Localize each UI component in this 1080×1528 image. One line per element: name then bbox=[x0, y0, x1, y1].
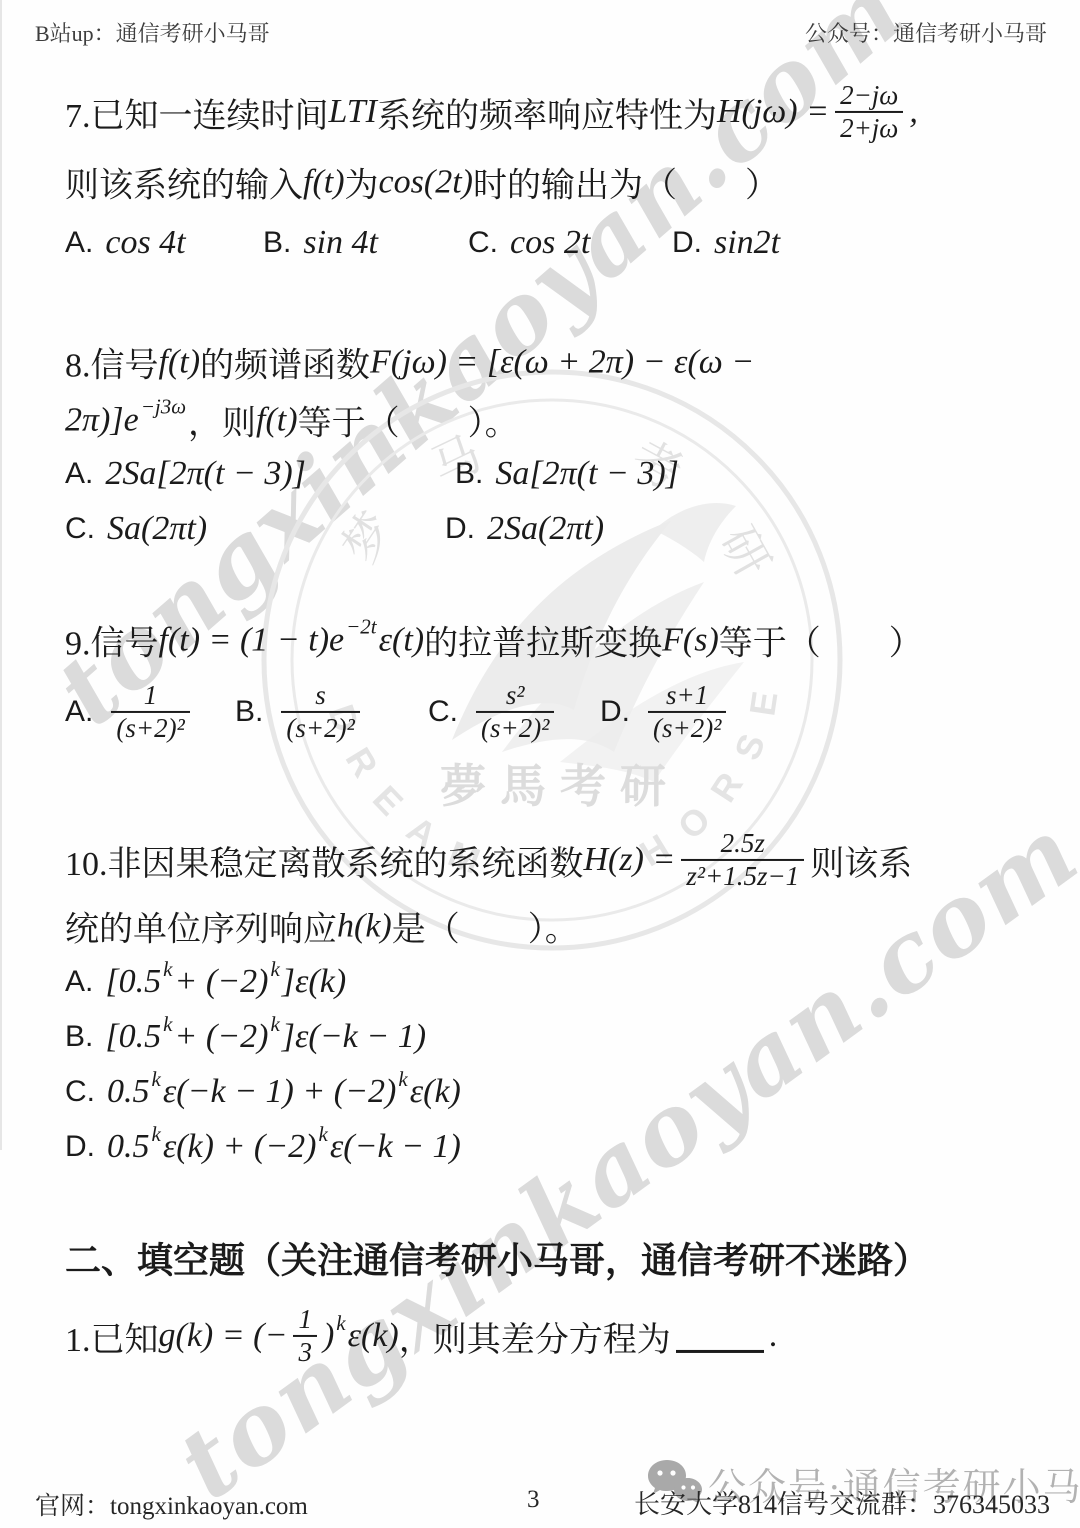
q7-option-c: C.cos 2t bbox=[468, 224, 590, 262]
question-7-line-2: 则该系统的输入f(t)为cos(2t)时的输出为（ ） bbox=[65, 158, 779, 207]
question-8-line-2: 2π)]e−j3ω，则f(t)等于（ ）。 bbox=[65, 396, 519, 445]
header-wechat-label: 公众号：通信考研小马哥 bbox=[805, 17, 1047, 48]
exam-document-page: tongxinkaoyan.com tongxinkaoyan.com 梦 马 … bbox=[0, 0, 1080, 1528]
footer-page-number: 3 bbox=[527, 1486, 540, 1514]
q9-option-d: D.s+1(s+2)² bbox=[600, 680, 732, 744]
q10-option-b: B.[0.5k + (−2)k]ε(−k − 1) bbox=[65, 1018, 426, 1056]
footer-website: 官网：tongxinkaoyan.com bbox=[35, 1486, 308, 1522]
q7-option-b: B.sin 4t bbox=[263, 224, 378, 262]
question-7-line-1: 7.已知一连续时间LTI系统的频率响应特性为H(jω) = 2−jω2+jω, bbox=[65, 80, 918, 144]
footer-qq-group: 长安大学814信号交流群：376345033 bbox=[634, 1484, 1050, 1521]
q8-option-a: A.2Sa[2π(t − 3)] bbox=[65, 455, 306, 493]
section-2-heading: 二、填空题（关注通信考研小马哥，通信考研不迷路） bbox=[65, 1233, 929, 1284]
question-10-line-2: 统的单位序列响应h(k)是（ ）。 bbox=[65, 902, 579, 951]
q8-option-c: C.Sa(2πt) bbox=[65, 510, 207, 548]
q7-option-a: A.cos 4t bbox=[65, 224, 186, 262]
question-10-line-1: 10.非因果稳定离散系统的系统函数H(z) = 2.5zz²+1.5z−1则该系 bbox=[65, 828, 912, 892]
stamp-ring-char: 研 bbox=[709, 518, 779, 586]
fill-in-question-1: 1.已知g(k) = (−13)kε(k)，则其差分方程为. bbox=[65, 1304, 777, 1368]
q10-option-c: C.0.5kε(−k − 1) + (−2)kε(k) bbox=[65, 1073, 461, 1111]
stamp-ring-char: 梦 bbox=[333, 503, 404, 572]
q9-option-b: B.s(s+2)² bbox=[235, 680, 366, 744]
question-9-line-1: 9.信号f(t) = (1 − t)e−2tε(t)的拉普拉斯变换F(s)等于（… bbox=[65, 616, 923, 665]
q10-option-d: D.0.5kε(k) + (−2)kε(−k − 1) bbox=[65, 1128, 461, 1166]
stamp-script-text: 夢馬考研 bbox=[440, 761, 680, 812]
q9-option-c: C.s²(s+2)² bbox=[428, 680, 560, 744]
q9-option-a: A.1(s+2)² bbox=[65, 680, 196, 744]
q10-option-a: A.[0.5k + (−2)k]ε(k) bbox=[65, 963, 346, 1001]
q8-option-d: D.2Sa(2πt) bbox=[445, 510, 604, 548]
scan-edge-shadow bbox=[0, 0, 2, 1150]
q8-option-b: B.Sa[2π(t − 3)] bbox=[455, 455, 679, 493]
question-8-line-1: 8.信号f(t)的频谱函数F(jω) = [ε(ω + 2π) − ε(ω − bbox=[65, 338, 754, 387]
header-bilibili-label: B站up：通信考研小马哥 bbox=[35, 17, 270, 48]
q7-option-d: D.sin2t bbox=[672, 224, 780, 262]
